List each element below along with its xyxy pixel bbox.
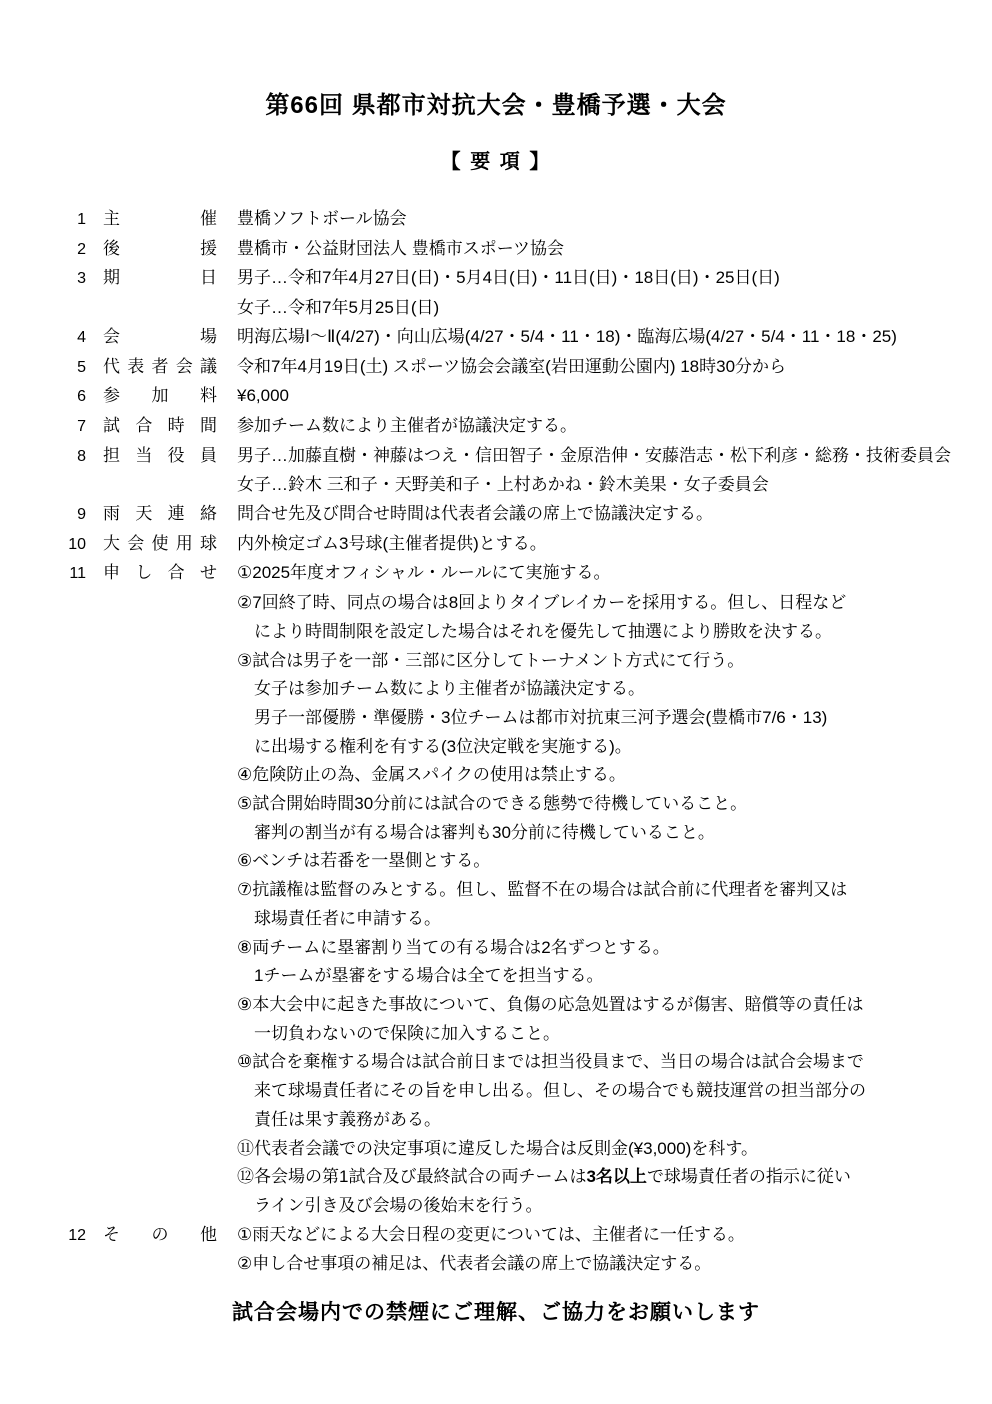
label-char: 料 bbox=[200, 382, 217, 411]
item-text-segment: で球場責任者の指示に従い bbox=[647, 1167, 851, 1186]
label-char: 期 bbox=[103, 264, 120, 293]
item-text: 球場責任者に申請する。 bbox=[237, 905, 992, 934]
label-char: 大 bbox=[103, 530, 120, 559]
label-char: 参 bbox=[103, 382, 120, 411]
item-label: 申し合せ bbox=[103, 559, 217, 588]
item-number: 1 bbox=[0, 206, 86, 235]
document-row: 5 代表者会議 令和7年4月19日(土) スポーツ協会会議室(岩田運動公園内) … bbox=[0, 353, 992, 383]
document-row: ⑩試合を棄権する場合は試合前日までは担当役員まで、当日の場合は試合会場まで bbox=[0, 1048, 992, 1077]
item-text: 来て球場責任者にその旨を申し出る。但し、その場合でも競技運営の担当部分の bbox=[237, 1077, 992, 1106]
label-char: 合 bbox=[168, 559, 185, 588]
item-text: ⑪代表者会議での決定事項に違反した場合は反則金(¥3,000)を科す。 bbox=[237, 1135, 992, 1164]
item-label: 主催 bbox=[103, 205, 217, 234]
label-char: 当 bbox=[135, 442, 152, 471]
document-row: 8 担当役員 男子…加藤直樹・神藤はつえ・信田智子・金原浩伸・安藤浩志・松下利彦… bbox=[0, 442, 992, 472]
item-text: 参加チーム数により主催者が協議決定する。 bbox=[237, 412, 992, 441]
item-text: ②7回終了時、同点の場合は8回よりタイブレイカーを採用する。但し、日程など bbox=[237, 589, 992, 618]
item-text: ⑤試合開始時間30分前には試合のできる態勢で待機していること。 bbox=[237, 790, 992, 819]
label-char: 天 bbox=[135, 500, 152, 529]
document-row: ⑫各会場の第1試合及び最終試合の両チームは3名以上で球場責任者の指示に従い bbox=[0, 1163, 992, 1192]
label-char: 者 bbox=[152, 353, 169, 382]
label-char: 議 bbox=[200, 353, 217, 382]
label-char: 担 bbox=[103, 442, 120, 471]
item-text: 令和7年4月19日(土) スポーツ協会会議室(岩田運動公園内) 18時30分から bbox=[237, 353, 992, 382]
item-label: 期日 bbox=[103, 264, 217, 293]
item-number: 3 bbox=[0, 265, 86, 294]
item-text: 男子…令和7年4月27日(日)・5月4日(日)・11日(日)・18日(日)・25… bbox=[237, 264, 992, 293]
label-char: 使 bbox=[152, 530, 169, 559]
document-row: 3 期日 男子…令和7年4月27日(日)・5月4日(日)・11日(日)・18日(… bbox=[0, 264, 992, 294]
label-char: 間 bbox=[200, 412, 217, 441]
document-row: 11 申し合せ ①2025年度オフィシャル・ルールにて実施する。 bbox=[0, 559, 992, 589]
document-row: ⑥ベンチは若番を一塁側とする。 bbox=[0, 847, 992, 876]
document-row: 女子…鈴木 三和子・天野美和子・上村あかね・鈴木美果・女子委員会 bbox=[0, 471, 992, 500]
item-text: 女子…令和7年5月25日(日) bbox=[237, 294, 992, 323]
label-char: 日 bbox=[200, 264, 217, 293]
document-row: により時間制限を設定した場合はそれを優先して抽選により勝敗を決する。 bbox=[0, 618, 992, 647]
item-text: に出場する権利を有する(3位決定戦を実施する)。 bbox=[237, 733, 992, 762]
item-text: 責任は果す義務がある。 bbox=[237, 1106, 992, 1135]
label-char: 試 bbox=[103, 412, 120, 441]
item-text: ⑦抗議権は監督のみとする。但し、監督不在の場合は試合前に代理者を審判又は bbox=[237, 876, 992, 905]
item-number: 6 bbox=[0, 383, 86, 412]
item-number: 4 bbox=[0, 324, 86, 353]
item-text: 女子は参加チーム数により主催者が協議決定する。 bbox=[237, 675, 992, 704]
item-number: 10 bbox=[0, 531, 86, 560]
item-number: 9 bbox=[0, 501, 86, 530]
item-label: 試合時間 bbox=[103, 412, 217, 441]
item-text: ⑫各会場の第1試合及び最終試合の両チームは3名以上で球場責任者の指示に従い bbox=[237, 1163, 992, 1192]
label-char: 援 bbox=[200, 235, 217, 264]
item-text: 豊橋ソフトボール協会 bbox=[237, 205, 992, 234]
label-char: 加 bbox=[152, 382, 169, 411]
document-row: 一切負わないので保険に加入すること。 bbox=[0, 1020, 992, 1049]
item-text: ③試合は男子を一部・三部に区分してトーナメント方式にて行う。 bbox=[237, 647, 992, 676]
item-text: 1チームが塁審をする場合は全てを担当する。 bbox=[237, 962, 992, 991]
item-number: 11 bbox=[0, 560, 86, 589]
document-row: 7 試合時間 参加チーム数により主催者が協議決定する。 bbox=[0, 412, 992, 442]
document-row: 4 会場 明海広場Ⅰ～Ⅱ(4/27)・向山広場(4/27・5/4・11・18)・… bbox=[0, 323, 992, 353]
document-row: ⑤試合開始時間30分前には試合のできる態勢で待機していること。 bbox=[0, 790, 992, 819]
document-row: 球場責任者に申請する。 bbox=[0, 905, 992, 934]
label-char: 員 bbox=[200, 442, 217, 471]
label-char: 球 bbox=[200, 530, 217, 559]
label-char: 場 bbox=[200, 323, 217, 352]
item-text: ⑧両チームに塁審割り当ての有る場合は2名ずつとする。 bbox=[237, 934, 992, 963]
item-number: 7 bbox=[0, 413, 86, 442]
document-row: ③試合は男子を一部・三部に区分してトーナメント方式にて行う。 bbox=[0, 647, 992, 676]
document-row: ⑧両チームに塁審割り当ての有る場合は2名ずつとする。 bbox=[0, 934, 992, 963]
document-row: ②申し合せ事項の補足は、代表者会議の席上で協議決定する。 bbox=[0, 1250, 992, 1279]
label-char: 絡 bbox=[200, 500, 217, 529]
item-text-bold: 3名以上 bbox=[586, 1167, 646, 1186]
item-text: ②申し合せ事項の補足は、代表者会議の席上で協議決定する。 bbox=[237, 1250, 992, 1279]
document-row: 来て球場責任者にその旨を申し出る。但し、その場合でも競技運営の担当部分の bbox=[0, 1077, 992, 1106]
document-row: 12 その他 ①雨天などによる大会日程の変更については、主催者に一任する。 bbox=[0, 1221, 992, 1251]
label-char: 時 bbox=[168, 412, 185, 441]
item-text: ⑥ベンチは若番を一塁側とする。 bbox=[237, 847, 992, 876]
item-number: 8 bbox=[0, 443, 86, 472]
item-text: 審判の割当が有る場合は審判も30分前に待機していること。 bbox=[237, 819, 992, 848]
label-char: 雨 bbox=[103, 500, 120, 529]
label-char: 催 bbox=[200, 205, 217, 234]
item-label: 参加料 bbox=[103, 382, 217, 411]
label-char: そ bbox=[103, 1221, 120, 1250]
document-title: 第66回 県都市対抗大会・豊橋予選・大会 bbox=[0, 0, 992, 120]
label-char: 表 bbox=[127, 353, 144, 382]
document-subtitle: 【 要 項 】 bbox=[0, 150, 992, 174]
item-number: 12 bbox=[0, 1222, 86, 1251]
label-char: 会 bbox=[127, 530, 144, 559]
document-row: 9 雨天連絡 問合せ先及び問合せ時間は代表者会議の席上で協議決定する。 bbox=[0, 500, 992, 530]
item-text: 女子…鈴木 三和子・天野美和子・上村あかね・鈴木美果・女子委員会 bbox=[237, 471, 992, 500]
document-row: ④危険防止の為、金属スパイクの使用は禁止する。 bbox=[0, 761, 992, 790]
document-row: 2 後援 豊橋市・公益財団法人 豊橋市スポーツ協会 bbox=[0, 235, 992, 265]
label-char: 連 bbox=[168, 500, 185, 529]
item-label: 雨天連絡 bbox=[103, 500, 217, 529]
label-char: 会 bbox=[103, 323, 120, 352]
item-text: 豊橋市・公益財団法人 豊橋市スポーツ協会 bbox=[237, 235, 992, 264]
label-char: 会 bbox=[176, 353, 193, 382]
item-text: 一切負わないので保険に加入すること。 bbox=[237, 1020, 992, 1049]
item-label: 大会使用球 bbox=[103, 530, 217, 559]
document-row: 6 参加料 ¥6,000 bbox=[0, 382, 992, 412]
document-row: ライン引き及び会場の後始末を行う。 bbox=[0, 1192, 992, 1221]
item-text: 男子…加藤直樹・神藤はつえ・信田智子・金原浩伸・安藤浩志・松下利彦・総務・技術委… bbox=[237, 442, 992, 471]
item-number: 5 bbox=[0, 354, 86, 383]
label-char: 主 bbox=[103, 205, 120, 234]
item-text-segment: ⑫各会場の第1試合及び最終試合の両チームは bbox=[237, 1167, 586, 1186]
label-char: 代 bbox=[103, 353, 120, 382]
item-text: 男子一部優勝・準優勝・3位チームは都市対抗東三河予選会(豊橋市7/6・13) bbox=[237, 704, 992, 733]
label-char: 合 bbox=[135, 412, 152, 441]
item-text: ①2025年度オフィシャル・ルールにて実施する。 bbox=[237, 559, 992, 588]
item-text: ⑩試合を棄権する場合は試合前日までは担当役員まで、当日の場合は試合会場まで bbox=[237, 1048, 992, 1077]
document-row: に出場する権利を有する(3位決定戦を実施する)。 bbox=[0, 733, 992, 762]
item-number: 2 bbox=[0, 236, 86, 265]
item-text: ④危険防止の為、金属スパイクの使用は禁止する。 bbox=[237, 761, 992, 790]
item-label: 後援 bbox=[103, 235, 217, 264]
document-row: ⑦抗議権は監督のみとする。但し、監督不在の場合は試合前に代理者を審判又は bbox=[0, 876, 992, 905]
document-row: ⑨本大会中に起きた事故について、負傷の応急処置はするが傷害、賠償等の責任は bbox=[0, 991, 992, 1020]
item-text: 問合せ先及び問合せ時間は代表者会議の席上で協議決定する。 bbox=[237, 500, 992, 529]
label-char: 後 bbox=[103, 235, 120, 264]
footer-notice: 試合会場内での禁煙にご理解、ご協力をお願いします bbox=[0, 1300, 992, 1326]
document-row: ②7回終了時、同点の場合は8回よりタイブレイカーを採用する。但し、日程など bbox=[0, 589, 992, 618]
items-list: 1 主催 豊橋ソフトボール協会 2 後援 豊橋市・公益財団法人 豊橋市スポーツ協… bbox=[0, 205, 992, 1279]
item-text: 内外検定ゴム3号球(主催者提供)とする。 bbox=[237, 530, 992, 559]
document-row: 10 大会使用球 内外検定ゴム3号球(主催者提供)とする。 bbox=[0, 530, 992, 560]
label-char: 申 bbox=[103, 559, 120, 588]
document-row: 男子一部優勝・準優勝・3位チームは都市対抗東三河予選会(豊橋市7/6・13) bbox=[0, 704, 992, 733]
item-text: ライン引き及び会場の後始末を行う。 bbox=[237, 1192, 992, 1221]
document-row: 女子は参加チーム数により主催者が協議決定する。 bbox=[0, 675, 992, 704]
document-row: 審判の割当が有る場合は審判も30分前に待機していること。 bbox=[0, 819, 992, 848]
document-row: 1チームが塁審をする場合は全てを担当する。 bbox=[0, 962, 992, 991]
item-text: ¥6,000 bbox=[237, 382, 992, 411]
item-label: 会場 bbox=[103, 323, 217, 352]
document-row: 女子…令和7年5月25日(日) bbox=[0, 294, 992, 323]
document-row: ⑪代表者会議での決定事項に違反した場合は反則金(¥3,000)を科す。 bbox=[0, 1135, 992, 1164]
label-char: 役 bbox=[168, 442, 185, 471]
item-label: 代表者会議 bbox=[103, 353, 217, 382]
document-row: 責任は果す義務がある。 bbox=[0, 1106, 992, 1135]
item-text: ⑨本大会中に起きた事故について、負傷の応急処置はするが傷害、賠償等の責任は bbox=[237, 991, 992, 1020]
document-page: 第66回 県都市対抗大会・豊橋予選・大会 【 要 項 】 1 主催 豊橋ソフトボ… bbox=[0, 0, 992, 1404]
item-text: により時間制限を設定した場合はそれを優先して抽選により勝敗を決する。 bbox=[237, 618, 992, 647]
label-char: 用 bbox=[176, 530, 193, 559]
item-label: 担当役員 bbox=[103, 442, 217, 471]
document-row: 1 主催 豊橋ソフトボール協会 bbox=[0, 205, 992, 235]
item-text: ①雨天などによる大会日程の変更については、主催者に一任する。 bbox=[237, 1221, 992, 1250]
item-label: その他 bbox=[103, 1221, 217, 1250]
label-char: の bbox=[152, 1221, 169, 1250]
label-char: 他 bbox=[200, 1221, 217, 1250]
label-char: せ bbox=[200, 559, 217, 588]
label-char: し bbox=[135, 559, 152, 588]
item-text: 明海広場Ⅰ～Ⅱ(4/27)・向山広場(4/27・5/4・11・18)・臨海広場(… bbox=[237, 323, 992, 352]
